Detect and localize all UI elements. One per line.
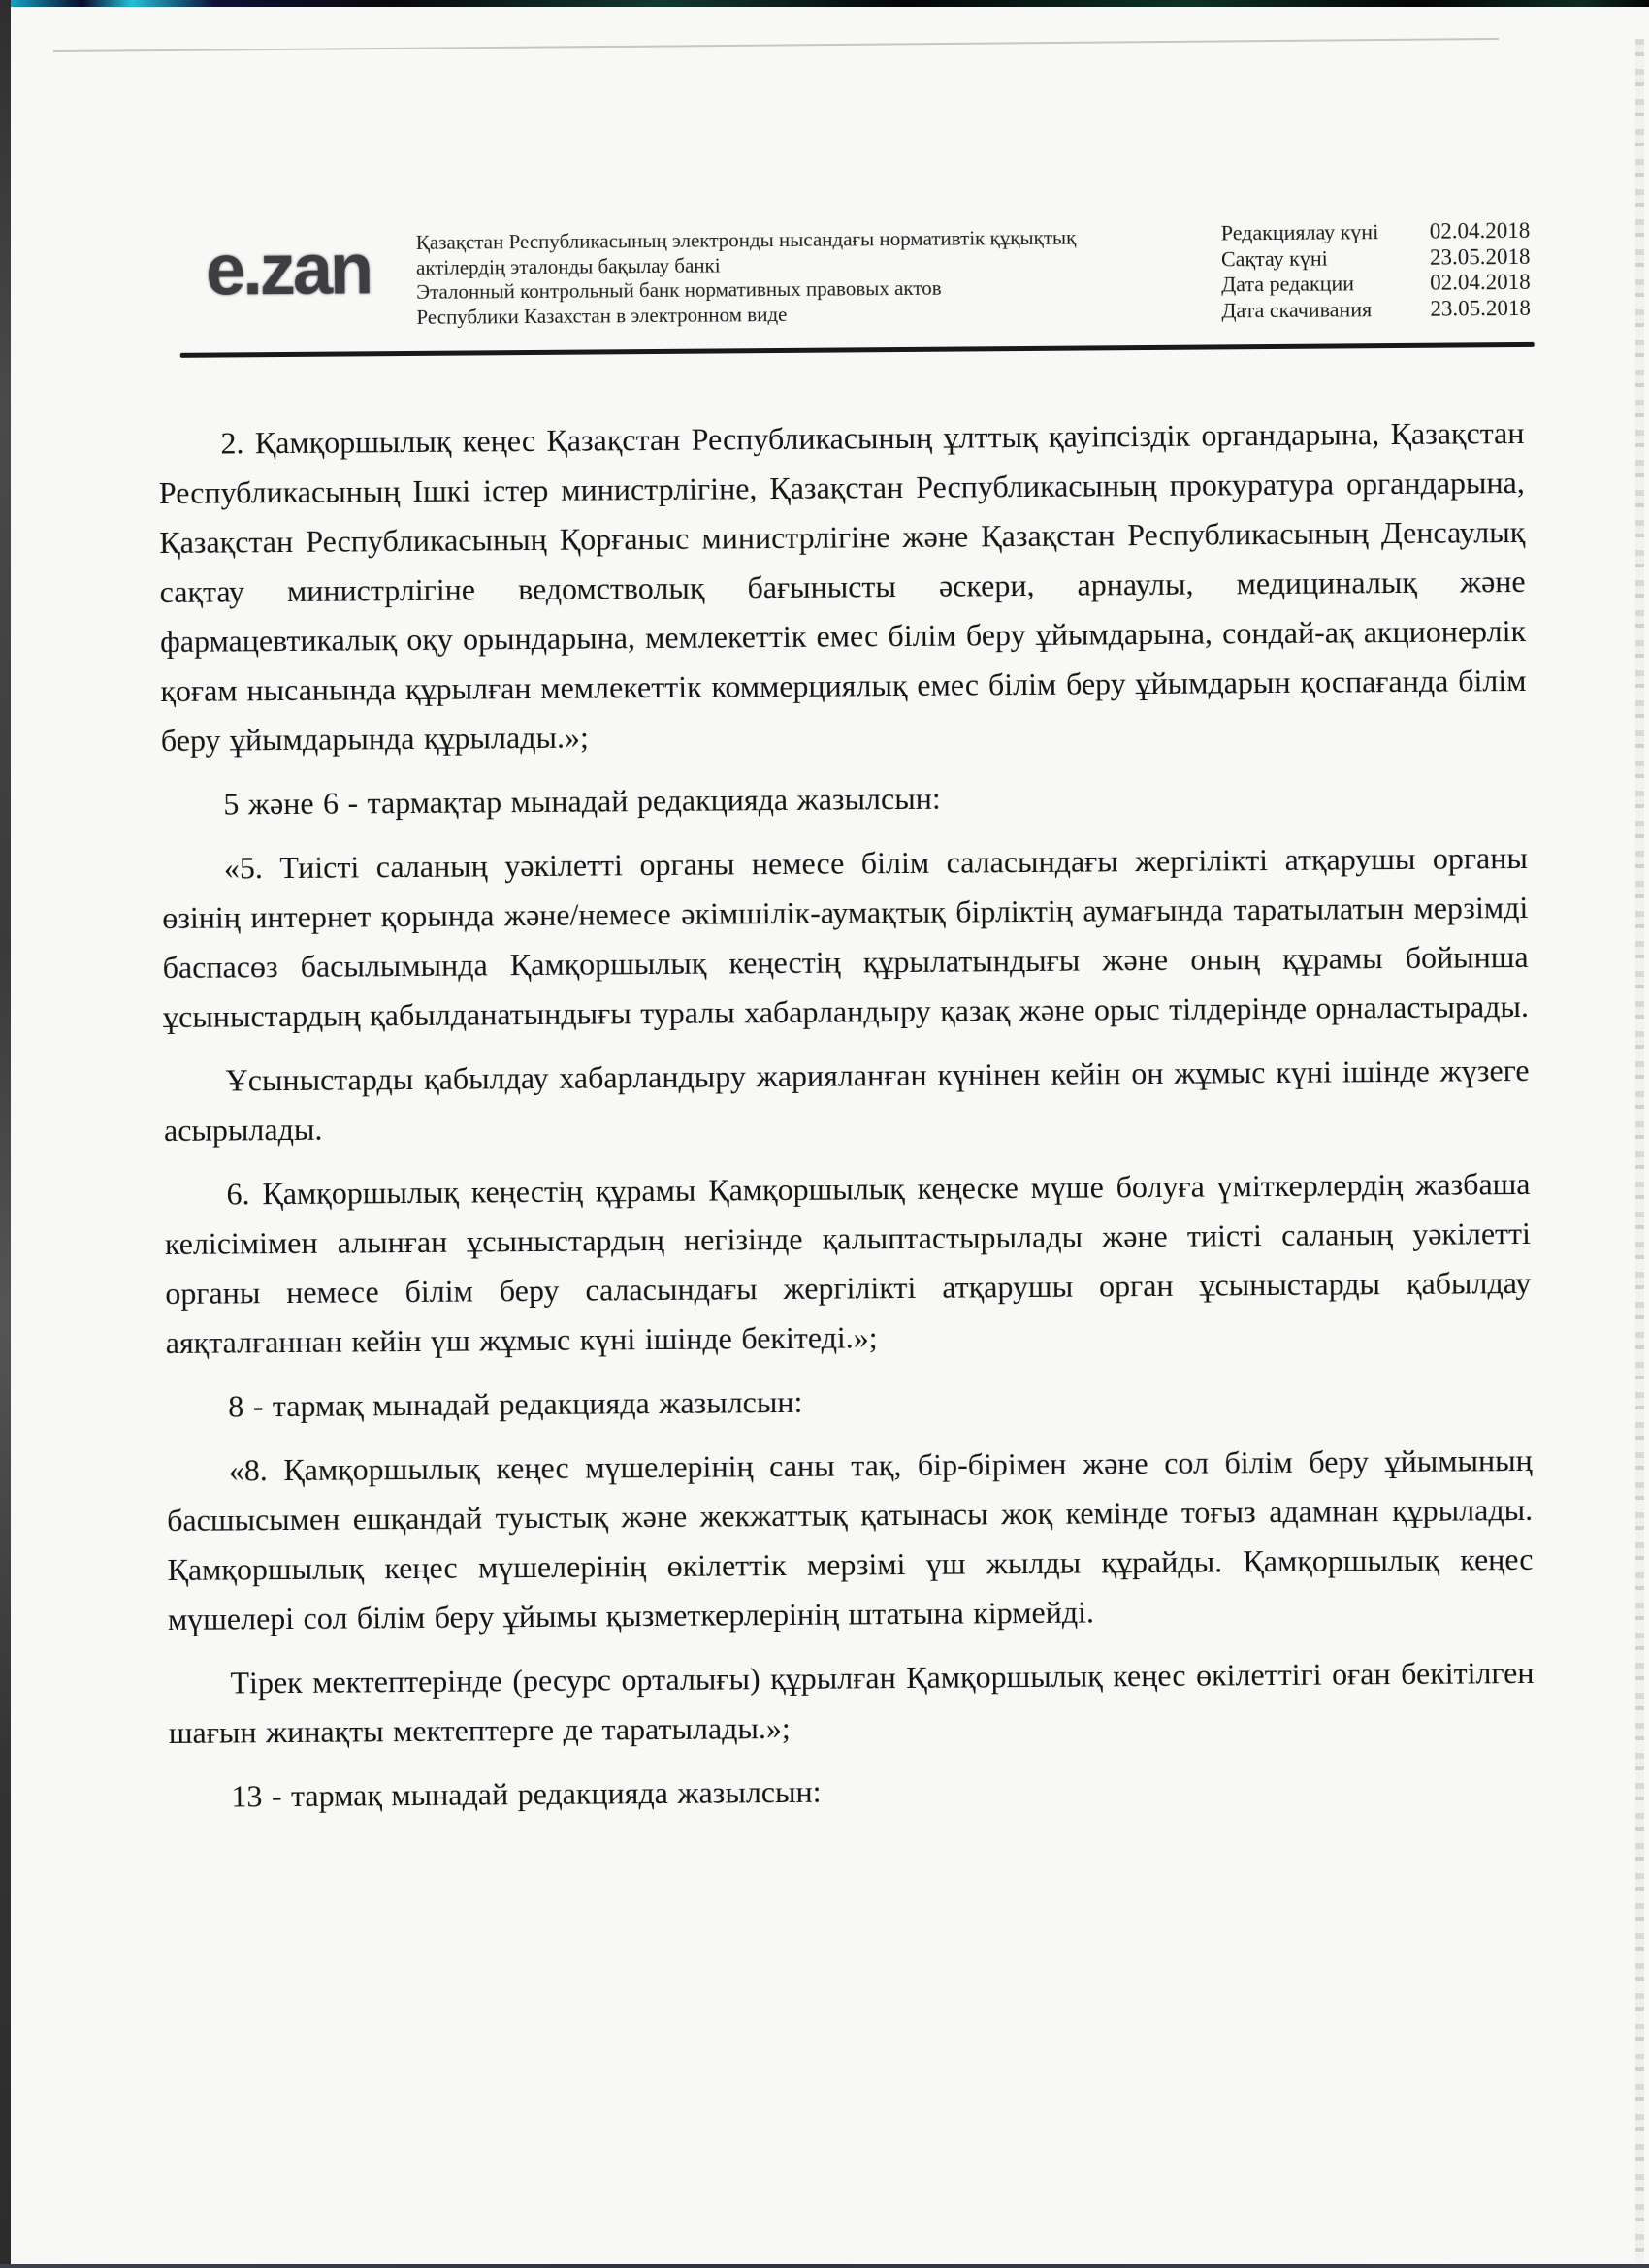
meta-row-edit-date-ru: Дата редакции 02.04.2018 <box>1221 270 1531 298</box>
meta-value: 02.04.2018 <box>1430 270 1531 296</box>
ezan-logo: e.zan <box>206 232 372 307</box>
meta-row-download-date-ru: Дата скачивания 23.05.2018 <box>1221 295 1531 323</box>
bank-title-line-kk-1: Қазақстан Республикасының электронды ныс… <box>416 226 1077 256</box>
bank-title-line-ru-2: Республики Казахстан в электронном виде <box>416 300 1077 330</box>
document-dates: Редакциялау күні 02.04.2018 Сақтау күні … <box>1221 218 1531 323</box>
scan-edge-left <box>0 0 11 2268</box>
paragraph-point-8-cont: Тірек мектептерінде (ресурс орталығы) құ… <box>168 1648 1535 1758</box>
meta-value: 23.05.2018 <box>1430 295 1531 321</box>
paragraph-point-6: 6. Қамқоршылық кеңестің құрамы Қамқоршыл… <box>164 1159 1532 1368</box>
paragraph-amend-5-6: 5 және 6 - тармақтар мынадай редакцияда … <box>161 769 1527 829</box>
meta-label: Дата редакции <box>1221 271 1430 298</box>
paragraph-point-5-cont: Ұсыныстарды қабылдау хабарландыру жариял… <box>163 1046 1530 1155</box>
document-body: 2. Қамқоршылық кеңес Қазақстан Республик… <box>158 408 1535 1836</box>
document-content: e.zan Қазақстан Республикасының электрон… <box>0 0 1649 2268</box>
meta-value: 23.05.2018 <box>1430 243 1531 270</box>
header-divider <box>180 342 1535 358</box>
meta-label: Редакциялау күні <box>1221 219 1430 246</box>
meta-label: Сақтау күні <box>1221 244 1430 272</box>
meta-row-save-date-kk: Сақтау күні 23.05.2018 <box>1221 243 1531 272</box>
meta-row-edit-date-kk: Редакциялау күні 02.04.2018 <box>1221 218 1531 246</box>
meta-value: 02.04.2018 <box>1430 218 1531 244</box>
paragraph-point-5: «5. Тиісті саланың уәкілетті органы неме… <box>162 833 1530 1042</box>
bank-title-block: Қазақстан Республикасының электронды ныс… <box>416 226 1077 330</box>
scan-edge-top <box>0 0 1649 7</box>
paragraph-point-2: 2. Қамқоршылық кеңес Қазақстан Республик… <box>158 408 1527 765</box>
paragraph-amend-8: 8 - тармақ мынадай редакцияда жазылсын: <box>166 1372 1532 1432</box>
scan-edge-bottom <box>0 2264 1649 2268</box>
paragraph-amend-13: 13 - тармақ мынадай редакцияда жазылсын: <box>169 1762 1535 1822</box>
scan-edge-right <box>1635 39 1644 2268</box>
paragraph-point-8: «8. Қамқоршылық кеңес мүшелерінің саны т… <box>167 1436 1535 1644</box>
meta-label: Дата скачивания <box>1221 296 1430 323</box>
